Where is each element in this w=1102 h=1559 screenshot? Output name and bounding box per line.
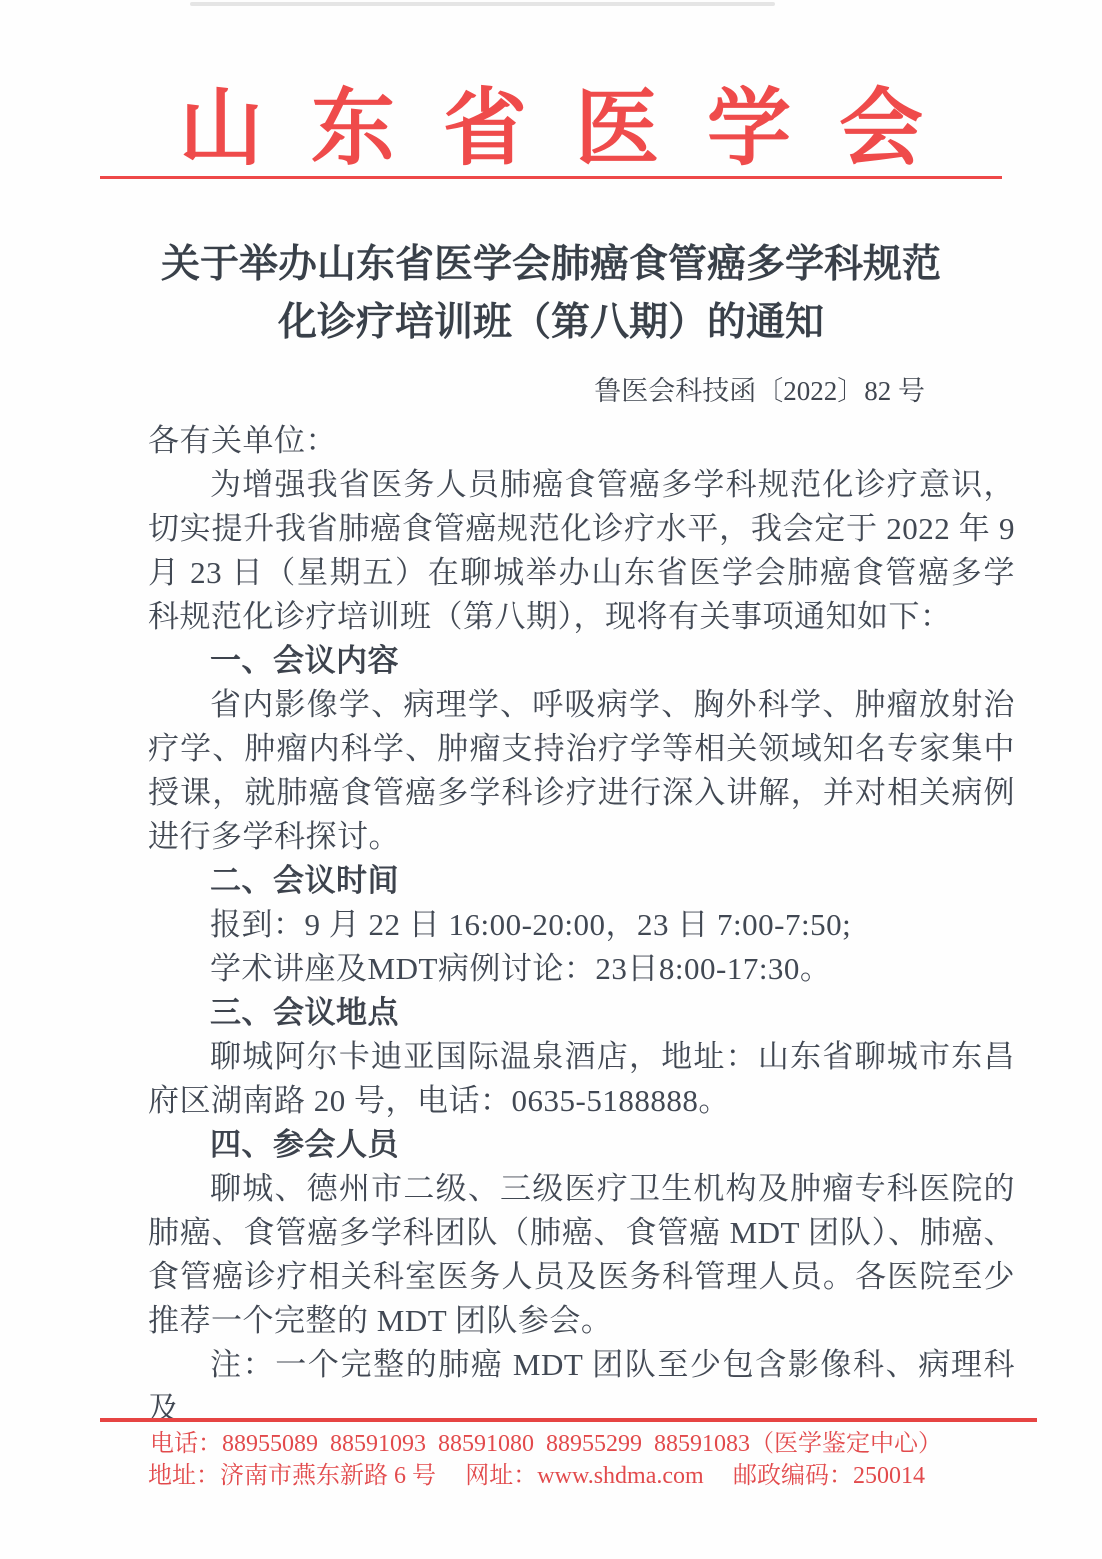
footer-phone-line: 电话：88955089 88591093 88591080 88955299 8… bbox=[150, 1429, 942, 1459]
section-heading-3: 三、会议地点 bbox=[148, 991, 1015, 1035]
registration-time: 报到：9 月 22 日 16:00-20:00，23 日 7:00-7:50; bbox=[148, 903, 1015, 947]
document-body: 各有关单位： 为增强我省医务人员肺癌食管癌多学科规范化诊疗意识，切实提升我省肺癌… bbox=[148, 419, 1015, 1431]
footer-website: 网址：www.shdma.com bbox=[465, 1461, 703, 1491]
footer-address-line: 地址：济南市燕东新路 6 号 网址：www.shdma.com 邮政编码：250… bbox=[148, 1461, 925, 1491]
section-heading-4: 四、参会人员 bbox=[148, 1123, 1015, 1167]
footer-phone-3: 88591080 bbox=[438, 1429, 534, 1459]
footer-divider-rule bbox=[100, 1418, 1037, 1422]
intro-paragraph: 为增强我省医务人员肺癌食管癌多学科规范化诊疗意识，切实提升我省肺癌食管癌规范化诊… bbox=[148, 463, 1015, 639]
salutation: 各有关单位： bbox=[148, 419, 1015, 463]
notice-title-line-2: 化诊疗培训班（第八期）的通知 bbox=[0, 294, 1102, 352]
notice-title-line-1: 关于举办山东省医学会肺癌食管癌多学科规范 bbox=[0, 236, 1102, 294]
scanned-notice-page: 山东省医学会 关于举办山东省医学会肺癌食管癌多学科规范 化诊疗培训班（第八期）的… bbox=[0, 0, 1102, 1559]
section-heading-2: 二、会议时间 bbox=[148, 859, 1015, 903]
letterhead-divider-rule bbox=[100, 176, 1002, 179]
footer-address: 地址：济南市燕东新路 6 号 bbox=[148, 1461, 436, 1491]
footer-phone-2: 88591093 bbox=[330, 1429, 426, 1459]
lecture-time: 学术讲座及MDT病例讨论：23日8:00-17:30。 bbox=[148, 947, 1015, 991]
venue-paragraph: 聊城阿尔卡迪亚国际温泉酒店，地址：山东省聊城市东昌府区湖南路 20 号，电话：0… bbox=[148, 1035, 1015, 1123]
footer-phone-appraisal-center: 88591083（医学鉴定中心） bbox=[654, 1429, 942, 1459]
notice-title: 关于举办山东省医学会肺癌食管癌多学科规范 化诊疗培训班（第八期）的通知 bbox=[0, 236, 1102, 352]
letterhead-org-name: 山东省医学会 bbox=[0, 84, 1102, 176]
section-1-paragraph: 省内影像学、病理学、呼吸病学、胸外科学、肿瘤放射治疗学、肿瘤内科学、肿瘤支持治疗… bbox=[148, 683, 1015, 859]
footer-phone-4: 88955299 bbox=[546, 1429, 642, 1459]
footer-phone-main: 电话：88955089 bbox=[150, 1429, 318, 1459]
doc-reference-number: 鲁医会科技函〔2022〕82 号 bbox=[594, 374, 925, 408]
scan-artifact-line bbox=[190, 2, 775, 6]
section-heading-1: 一、会议内容 bbox=[148, 639, 1015, 683]
attendees-paragraph: 聊城、德州市二级、三级医疗卫生机构及肿瘤专科医院的肺癌、食管癌多学科团队（肺癌、… bbox=[148, 1167, 1015, 1343]
footer-postcode: 邮政编码：250014 bbox=[733, 1461, 925, 1491]
